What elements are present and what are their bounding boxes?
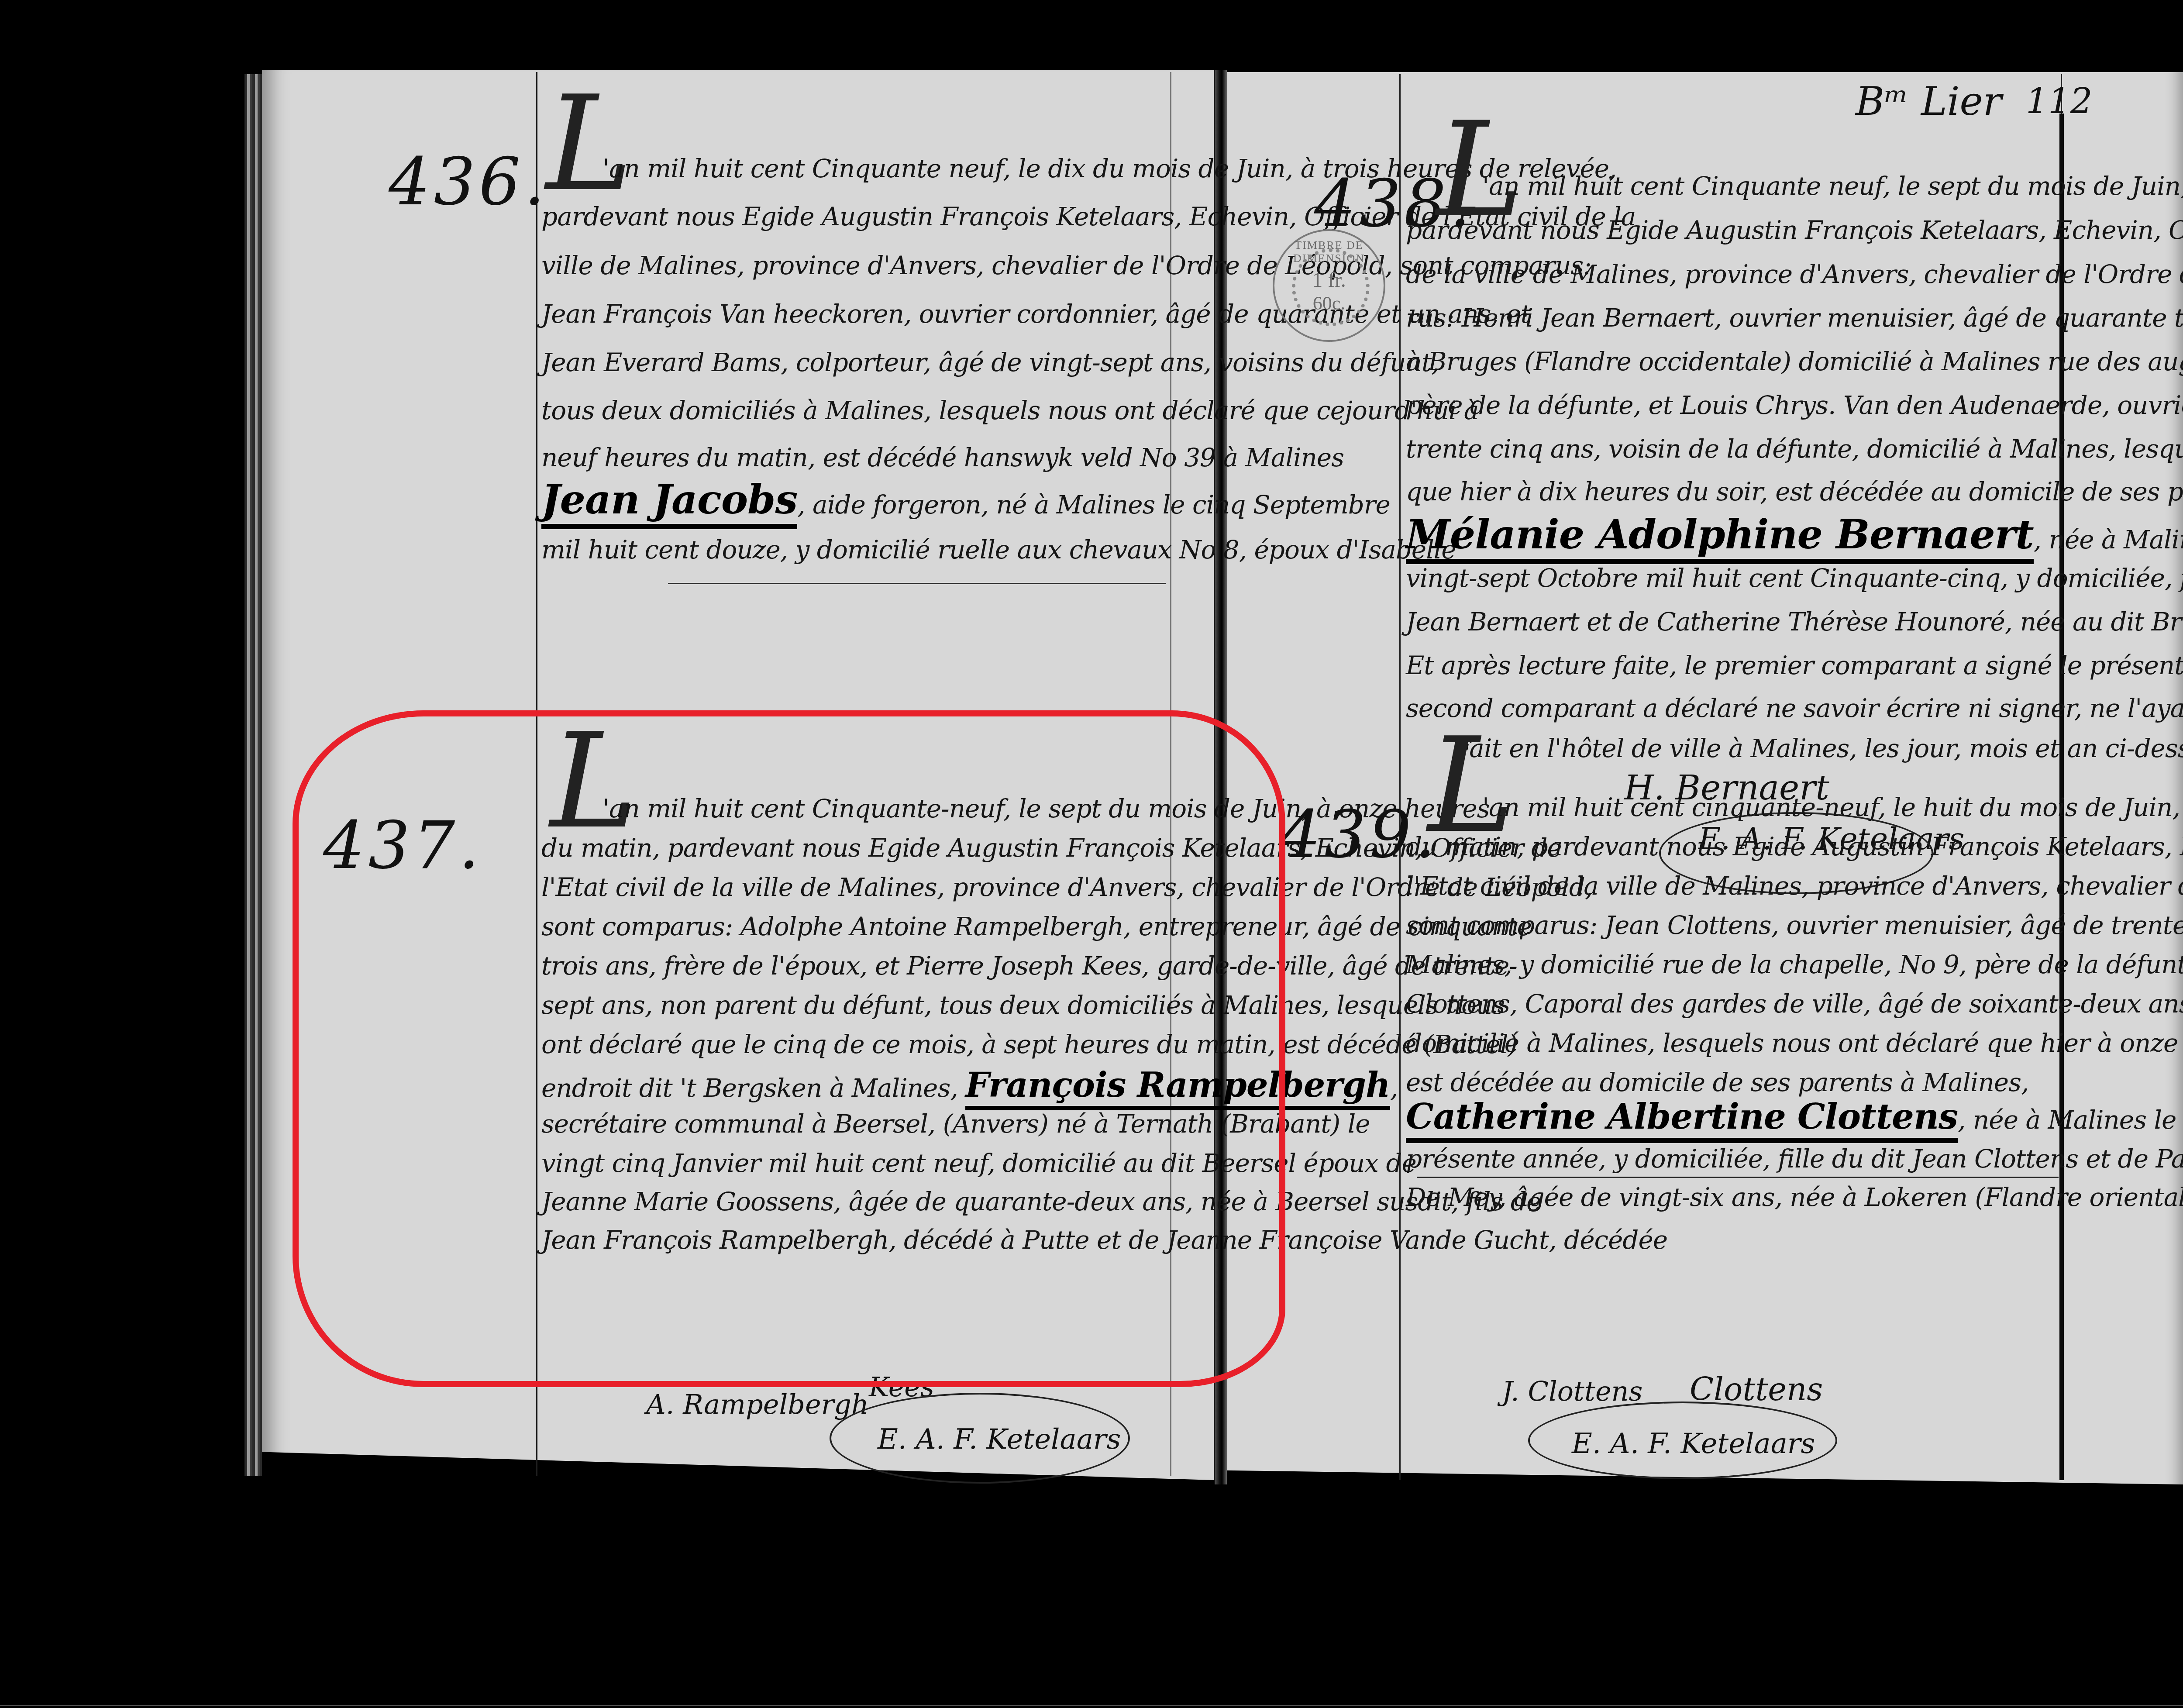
text-line: Jean François Rampelbergh, décédé à Putt… — [541, 1225, 1667, 1255]
name-suffix: , aide forgeron, né à Malines le cinq Se… — [797, 490, 1390, 520]
text-line: de la ville de Malines, province d'Anver… — [1406, 259, 2183, 289]
left-page-right-rule — [1170, 72, 1171, 1476]
text-line: mil huit cent douze, y domicilié ruelle … — [541, 535, 1456, 565]
text-line: l'Etat civil de la ville de Malines, pro… — [1406, 871, 2183, 901]
text-line: second comparant a déclaré ne savoir écr… — [1406, 693, 2183, 723]
text-line: présente année, y domiciliée, fille du d… — [1406, 1144, 2183, 1174]
stamp-value-centimes: 60c. — [1274, 292, 1384, 314]
text-line: secrétaire communal à Beersel, (Anvers) … — [541, 1109, 1370, 1139]
text-line: à Bruges (Flandre occidentale) domicilié… — [1406, 347, 2183, 376]
signature-rampelbergh: A. Rampelbergh — [646, 1388, 869, 1420]
right-page-margin-rule — [1399, 74, 1401, 1480]
dropcap-letter: L — [546, 79, 633, 210]
deceased-line: Jean Jacobs, aide forgeron, né à Malines… — [541, 476, 1390, 523]
deceased-line: Mélanie Adolphine Bernaert, née à Maline… — [1406, 511, 2183, 558]
deceased-name: Mélanie Adolphine Bernaert — [1406, 511, 2034, 564]
tax-stamp: TIMBRE DE DIMENSION 1 fr. 60c. — [1273, 229, 1385, 342]
signature-flourish — [1528, 1402, 1837, 1479]
left-page — [262, 70, 1214, 1480]
text-line: rus: Henri Jean Bernaert, ouvrier menuis… — [1406, 303, 2183, 333]
text-line: Malines, y domicilié rue de la chapelle,… — [1406, 950, 2183, 979]
text-line: vingt cinq Janvier mil huit cent neuf, d… — [541, 1148, 1416, 1178]
text-line: trois ans, frère de l'époux, et Pierre J… — [541, 951, 1517, 981]
entry-number: 437. — [323, 808, 483, 884]
entry-436-separator — [668, 583, 1166, 584]
text-line: sept ans, non parent du défunt, tous deu… — [541, 990, 1505, 1020]
signature-flourish — [830, 1393, 1130, 1484]
text-line: Jean Everard Bams, colporteur, âgé de vi… — [541, 348, 1439, 377]
text-line: sont comparus: Adolphe Antoine Rampelber… — [541, 912, 1532, 941]
text-line: que hier à dix heures du soir, est décéd… — [1406, 477, 2183, 506]
left-page-edges — [244, 74, 262, 1476]
text-line: sont comparus: Jean Clottens, ouvrier me… — [1406, 910, 2183, 940]
text-line: De Mey, âgée de vingt-six ans, née à Lok… — [1406, 1182, 2183, 1212]
deceased-line: Catherine Albertine Clottens, née à Mali… — [1406, 1096, 2183, 1137]
text-line: endroit dit 't Bergsken à Malines, — [541, 1073, 958, 1103]
name-suffix: , née à Malines le — [2034, 525, 2183, 554]
text-line: neuf heures du matin, est décédé hanswyk… — [541, 443, 1344, 472]
text-line: 'an mil huit cent cinquante-neuf, le hui… — [1482, 792, 2183, 822]
left-page-margin-rule — [536, 72, 537, 1476]
closing-line: Fait en l'hôtel de ville à Malines, les … — [1454, 733, 2183, 763]
deceased-line: endroit dit 't Bergsken à Malines, Franç… — [541, 1065, 1398, 1105]
text-line: Jean Bernaert et de Catherine Thérèse Ho… — [1406, 607, 2183, 637]
deceased-name: François Rampelbergh — [965, 1065, 1390, 1110]
page-header-annotation: Bᵐ Lier — [1856, 79, 2002, 124]
text-line: 'an mil huit cent Cinquante neuf, le sep… — [1482, 171, 2183, 201]
deceased-name: Jean Jacobs — [541, 476, 797, 529]
text-line: père de la défunte, et Louis Chrys. Van … — [1406, 390, 2183, 420]
folio-number: 112 — [2026, 81, 2093, 121]
dropcap-letter: L — [550, 716, 637, 847]
name-suffix: , née à Malines le trente Mai de la — [1958, 1105, 2183, 1135]
entry-439-separator — [1417, 1177, 2059, 1178]
text-line: vingt-sept Octobre mil huit cent Cinquan… — [1406, 563, 2183, 593]
text-line: pardevant nous Egide Augustin François K… — [1406, 215, 2183, 245]
entry-number: 436. — [389, 144, 548, 220]
text-line: Clottens, Caporal des gardes de ville, â… — [1406, 989, 2183, 1019]
name-suffix: , — [1390, 1073, 1398, 1103]
deceased-name: Catherine Albertine Clottens — [1406, 1096, 1958, 1143]
text-line: est décédée au domicile de ses parents à… — [1406, 1067, 2028, 1097]
stamp-value-francs: 1 fr. — [1274, 268, 1384, 292]
book-gutter — [1215, 70, 1227, 1484]
text-line: ont déclaré que le cinq de ce mois, à se… — [541, 1030, 1517, 1059]
text-line: domicilié à Malines, lesquels nous ont d… — [1406, 1028, 2183, 1058]
text-line: du matin, pardevant nous Egide Augustin … — [1406, 832, 2183, 861]
text-line: Et après lecture faite, le premier compa… — [1406, 651, 2183, 680]
text-line: Jeanne Marie Goossens, âgée de quarante-… — [541, 1187, 1541, 1216]
text-line: trente cinq ans, voisin de la défunte, d… — [1406, 434, 2183, 464]
text-line: tous deux domiciliés à Malines, lesquels… — [541, 396, 1478, 425]
signature-j-clottens: J. Clottens — [1502, 1375, 1642, 1407]
viewer-bottom-border — [0, 1705, 2183, 1706]
